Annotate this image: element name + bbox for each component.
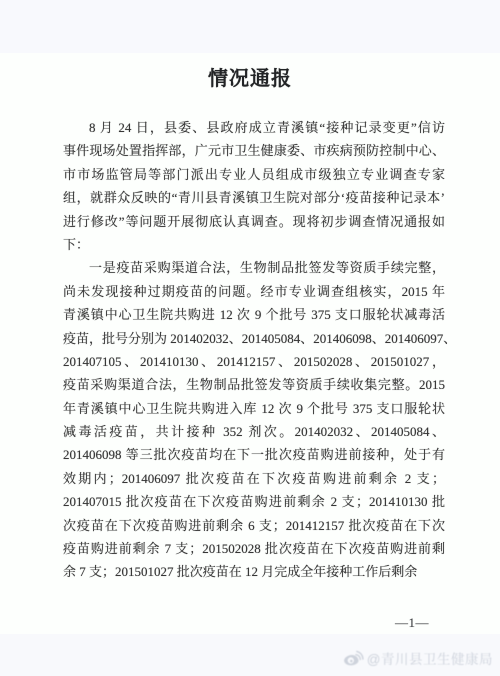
top-background-band: [0, 0, 500, 53]
paragraph: 8 月 24 日，县委、县政府成立青溪镇“接种记录变更”信访事件现场处置指挥部，…: [63, 116, 445, 256]
document-line: 201407105、201410130、201412157、201502028、…: [63, 350, 445, 373]
document-line: 下：: [63, 233, 445, 256]
document-line: 201406098 等三批次疫苗均在下一批次疫苗购进前接种，处于有: [63, 443, 445, 466]
document-line: 疫苗购进前剩余 7 支；201502028 批次疫苗在下次疫苗购进前剩: [63, 537, 445, 560]
document-line: 市市场监管局等部门派出专业人员组成市级独立专业调查专家: [63, 163, 445, 186]
document-line: 疫苗，批号分别为 201402032、201405084、201406098、2…: [63, 327, 445, 350]
document-line: 疫苗采购渠道合法，生物制品批签发等资质手续收集完整。2015: [63, 373, 445, 396]
document-line: 一是疫苗采购渠道合法，生物制品批签发等资质手续完整，: [63, 256, 445, 279]
weibo-watermark: @青川县卫生健康局: [343, 648, 493, 668]
document-line: 8 月 24 日，县委、县政府成立青溪镇“接种记录变更”信访: [63, 116, 445, 139]
document-line: 201407015 批次疫苗在下次疫苗购进前剩余 2 支；201410130 批: [63, 490, 445, 513]
document-line: 减毒活疫苗，共计接种 352 剂次。201402032、201405084、: [63, 420, 445, 443]
document-line: 余 7 支；201501027 批次疫苗在 12 月完成全年接种工作后剩余: [63, 560, 445, 583]
document-line: 年青溪镇中心卫生院共购进入库 12 次 9 个批号 375 支口服轮状: [63, 397, 445, 420]
document-line: 尚未发现接种过期疫苗的问题。经市专业调查组核实，2015 年: [63, 280, 445, 303]
scanned-document-screenshot: 情况通报 8 月 24 日，县委、县政府成立青溪镇“接种记录变更”信访事件现场处…: [0, 0, 500, 676]
watermark-text: @青川县卫生健康局: [367, 648, 493, 668]
document-body: 8 月 24 日，县委、县政府成立青溪镇“接种记录变更”信访事件现场处置指挥部，…: [63, 116, 445, 584]
paragraph: 一是疫苗采购渠道合法，生物制品批签发等资质手续完整，尚未发现接种过期疫苗的问题。…: [63, 256, 445, 583]
document-line: 组，就群众反映的“青川县青溪镇卫生院对部分‘疫苗接种记录本’: [63, 186, 445, 209]
bottom-background-band: @青川县卫生健康局: [0, 634, 500, 676]
document-line: 进行修改”等问题开展彻底认真调查。现将初步调查情况通报如: [63, 210, 445, 233]
page-number: —1—: [395, 615, 429, 631]
document-line: 次疫苗在下次疫苗购进前剩余 6 支；201412157 批次疫苗在下次: [63, 514, 445, 537]
document-page: 情况通报 8 月 24 日，县委、县政府成立青溪镇“接种记录变更”信访事件现场处…: [0, 53, 500, 634]
document-line: 效期内；201406097 批次疫苗在下次疫苗购进前剩余 2 支；: [63, 467, 445, 490]
document-title: 情况通报: [0, 66, 500, 92]
document-line: 青溪镇中心卫生院共购进 12 次 9 个批号 375 支口服轮状减毒活: [63, 303, 445, 326]
document-line: 事件现场处置指挥部，广元市卫生健康委、市疾病预防控制中心、: [63, 139, 445, 162]
weibo-icon: [343, 650, 364, 667]
